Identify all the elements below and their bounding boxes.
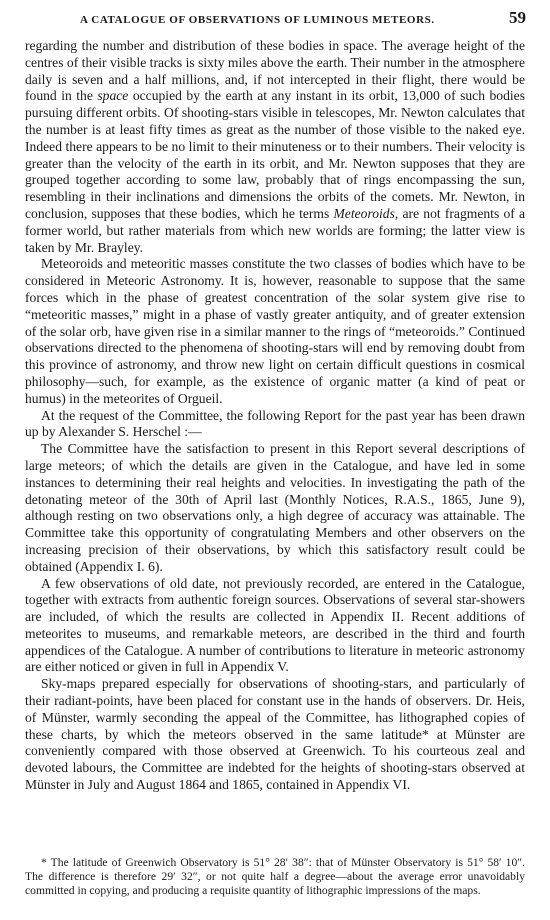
italic-term: space [97,88,128,103]
running-title: A CATALOGUE OF OBSERVATIONS OF LUMINOUS … [80,14,435,26]
paragraph-6: Sky-maps prepared especially for observa… [25,676,525,794]
paragraph-3: At the request of the Committee, the fol… [25,408,525,442]
text-segment: Sky-maps prepared especially for observa… [25,676,525,792]
paragraph-1: regarding the number and distribution of… [25,38,525,256]
text-segment: A few observations of old date, not prev… [25,576,525,675]
footnote-text: * The latitude of Greenwich Observatory … [25,856,525,898]
body-text: regarding the number and distribution of… [25,38,525,794]
text-segment: At the request of the Committee, the fol… [25,408,525,440]
text-segment: occupied by the earth at any instant in … [25,88,525,221]
italic-term: Meteoroids [333,206,394,221]
text-segment: The Committee have the satisfaction to p… [25,441,525,574]
paragraph-5: A few observations of old date, not prev… [25,576,525,677]
text-segment: Meteoroids and meteoritic masses constit… [25,256,525,405]
page-header: A CATALOGUE OF OBSERVATIONS OF LUMINOUS … [80,8,526,28]
page-number: 59 [509,8,526,28]
document-page: A CATALOGUE OF OBSERVATIONS OF LUMINOUS … [0,0,550,920]
footnote: * The latitude of Greenwich Observatory … [25,856,525,898]
paragraph-4: The Committee have the satisfaction to p… [25,441,525,575]
paragraph-2: Meteoroids and meteoritic masses constit… [25,256,525,407]
